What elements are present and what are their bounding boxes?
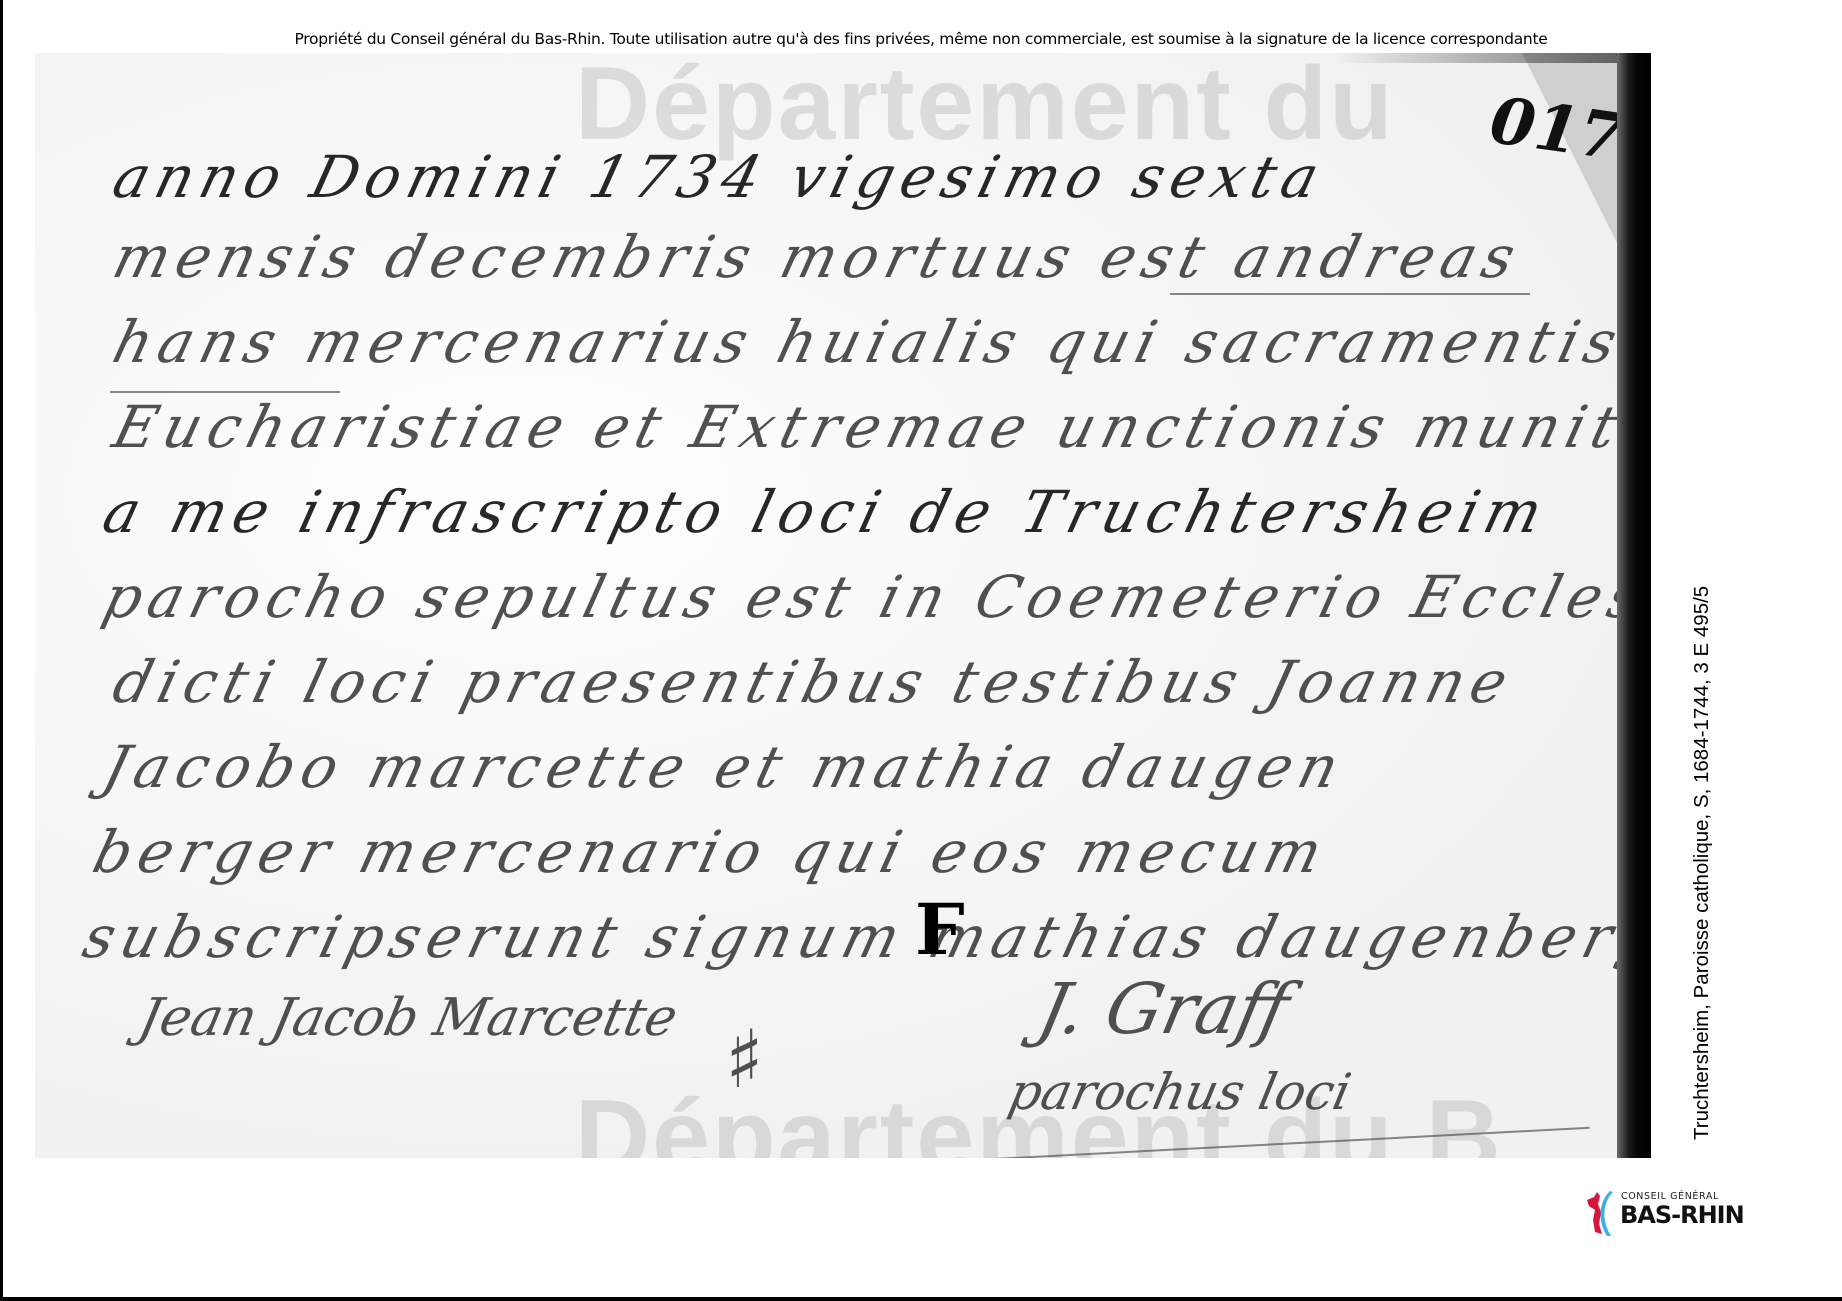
handwritten-line-8: Jacobo marcette et mathia daugen (97, 733, 1353, 801)
copyright-notice: Propriété du Conseil général du Bas-Rhin… (0, 30, 1842, 48)
archive-reference-caption: Truchtersheim, Paroisse catholique, S, 1… (1690, 586, 1714, 1140)
page-bottom-border (0, 1297, 1842, 1301)
handwritten-line-10: subscripserunt signum mathias daugenberg… (77, 903, 1651, 971)
handwritten-line-9: berger mercenario qui eos mecum (87, 818, 1336, 886)
manuscript-scan: Département du Département du B 0173 ann… (35, 53, 1651, 1158)
scan-binding-edge (1617, 53, 1651, 1158)
paraph-flourish: ♯ (725, 1013, 764, 1106)
signature-marcette: Jean Jacob Marcette (134, 988, 683, 1048)
bas-rhin-logo: CONSEIL GÉNÉRAL BAS-RHIN (1585, 1186, 1735, 1238)
bas-rhin-emblem-icon (1585, 1190, 1619, 1236)
signature-priest: J. Graff (1031, 968, 1296, 1050)
witness-mark: Ϝ (915, 888, 965, 971)
handwritten-line-2: mensis decembris mortuus est andreas (107, 223, 1529, 291)
logo-bas-rhin-text: BAS-RHIN (1620, 1201, 1744, 1229)
scan-top-shadow (1335, 53, 1651, 63)
handwritten-line-7: dicti loci praesentibus testibus Joanne (107, 648, 1522, 716)
handwritten-line-1: anno Domini 1734 vigesimo sexta (107, 143, 1333, 211)
page-left-border (0, 0, 3, 1301)
signature-priest-title: parochus loci (1004, 1063, 1356, 1121)
underline-andreas (1170, 293, 1530, 295)
handwritten-line-6: parocho sepultus est in Coemeterio Eccle… (97, 563, 1651, 631)
handwritten-line-5: a me infrascripto loci de Truchtersheim (97, 478, 1557, 546)
handwritten-line-4: Eucharistiae et Extremae unctionis munit… (107, 393, 1651, 461)
handwritten-line-3: hans mercenarius huialis qui sacramentis (107, 308, 1631, 376)
